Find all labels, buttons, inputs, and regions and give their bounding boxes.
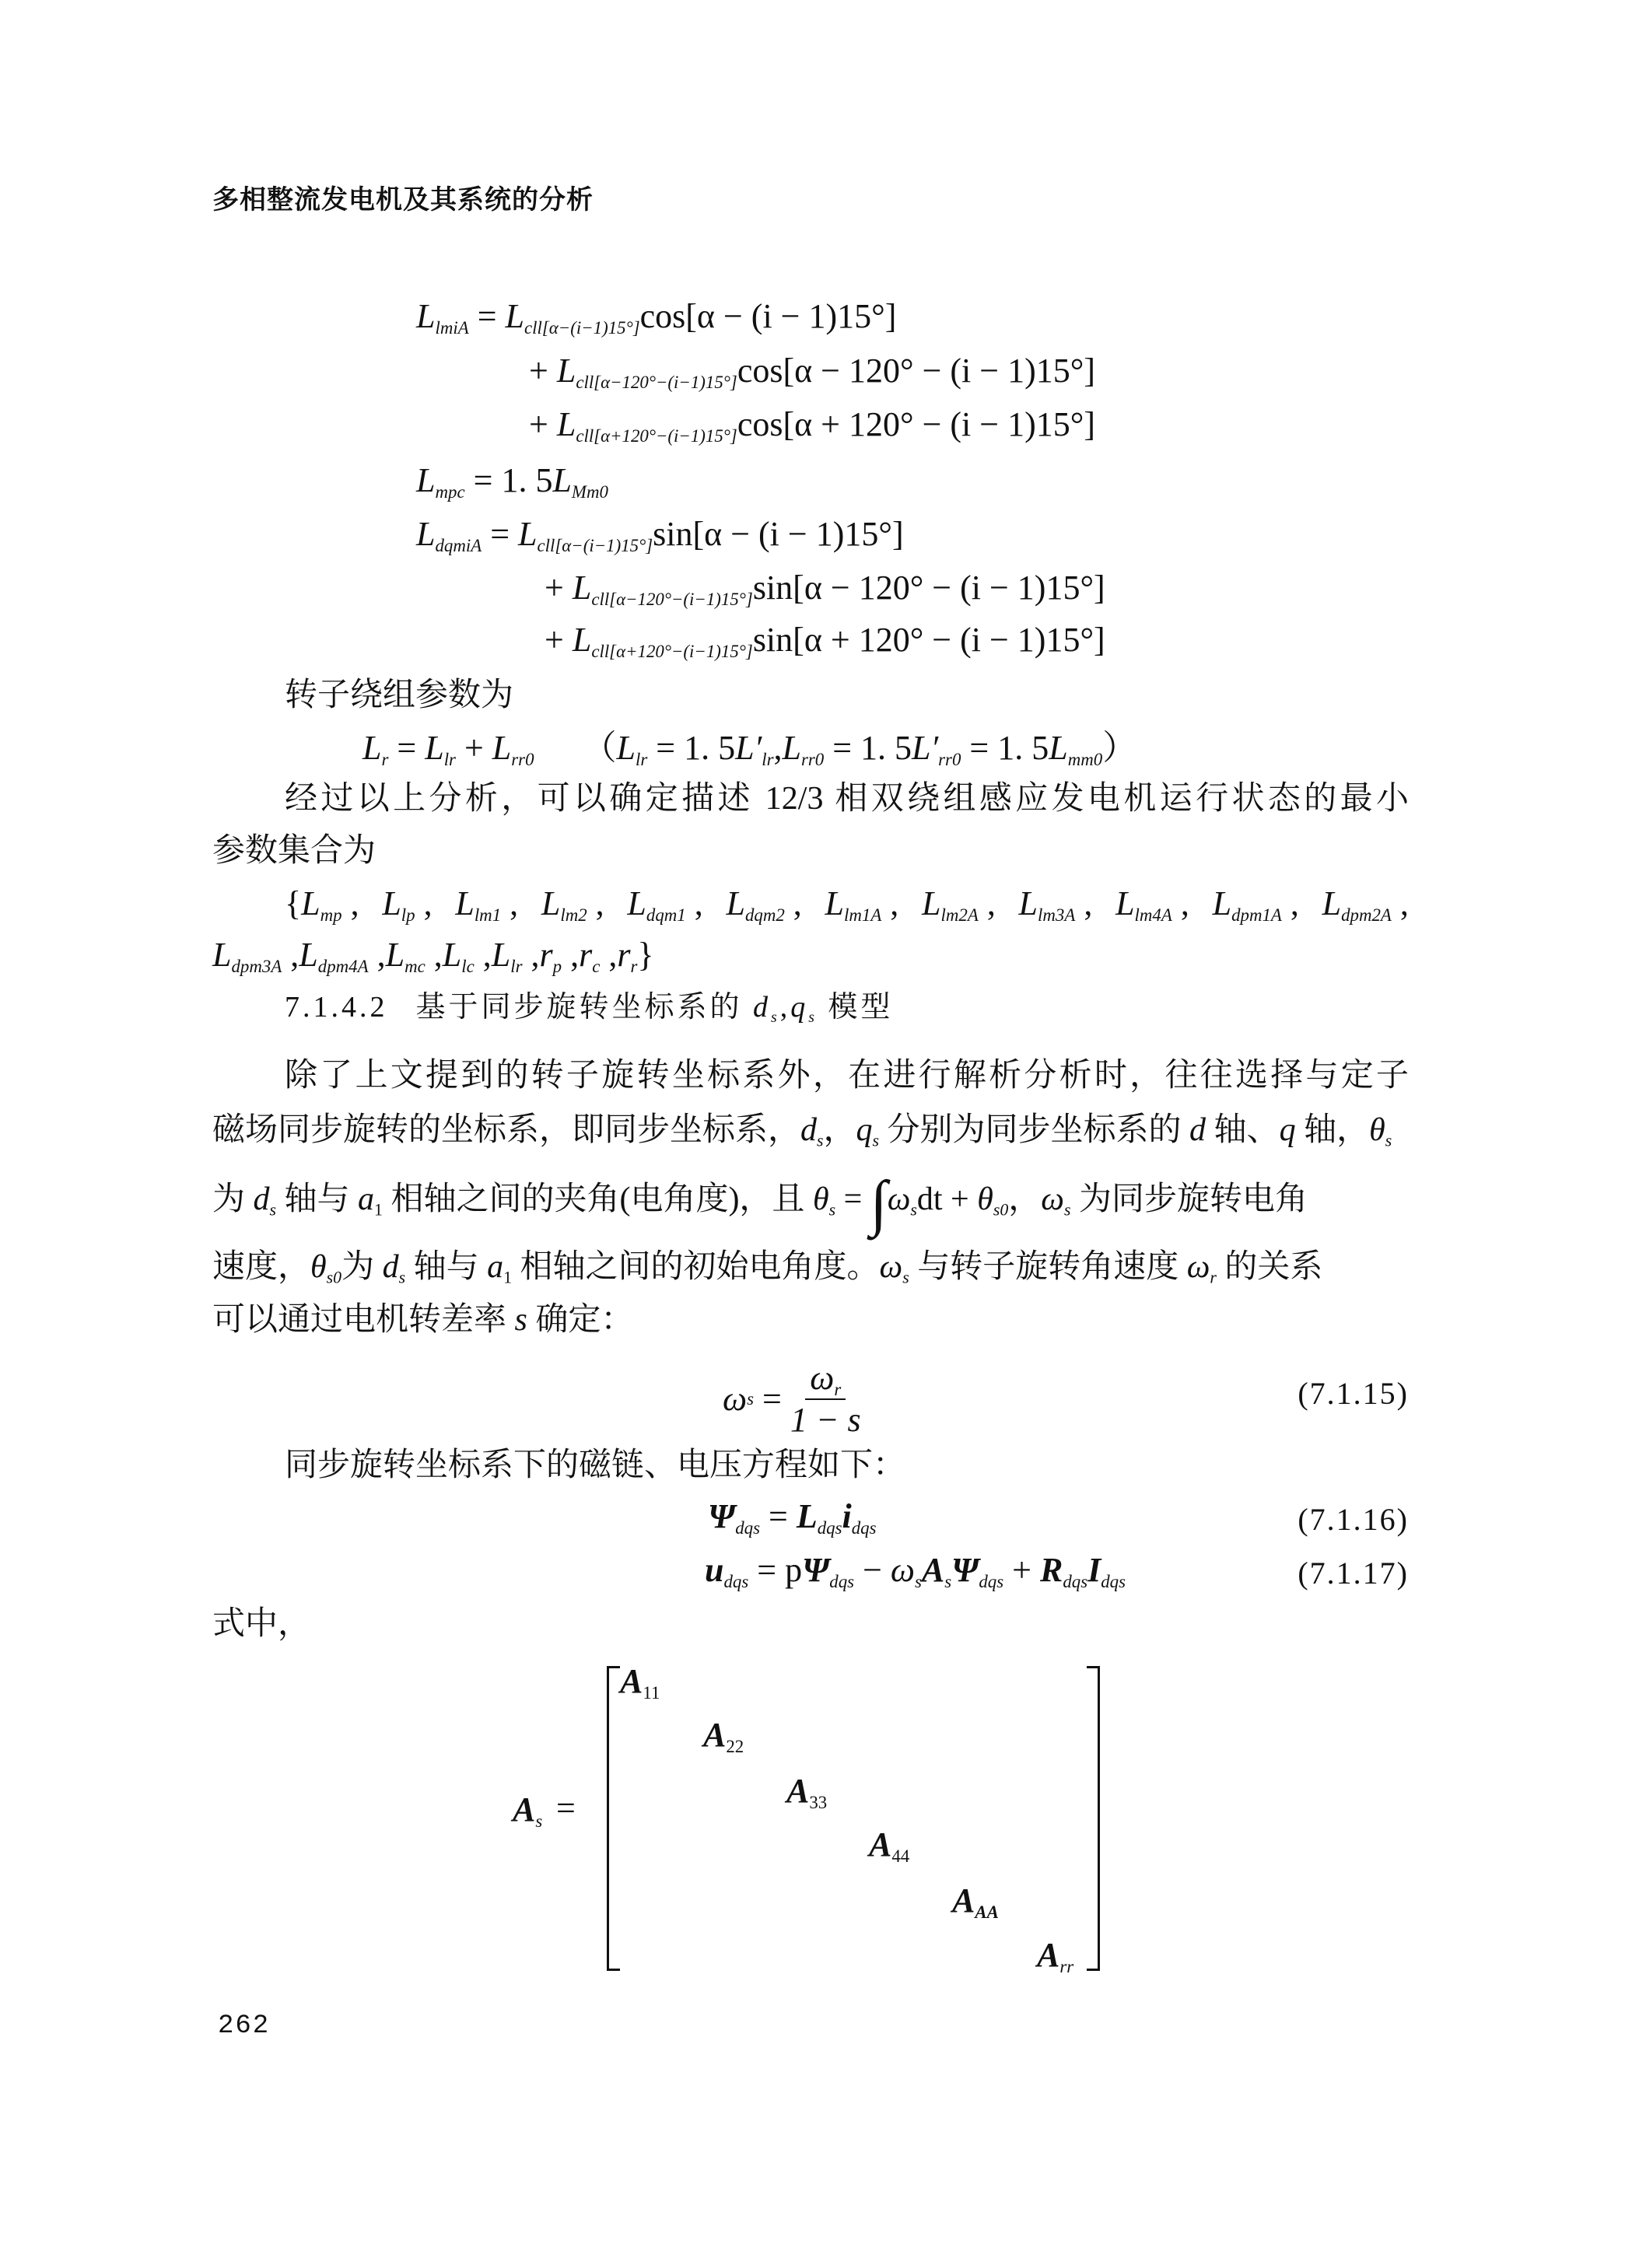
subscript: lmiA (435, 318, 468, 338)
symbol: a (358, 1181, 374, 1217)
text: 可以通过电机转差率 (212, 1302, 515, 1338)
param-set-open: {Lmp , (285, 887, 359, 921)
subscript: dqm2 (745, 905, 785, 925)
comma: , (773, 729, 782, 767)
plus: + (943, 1181, 978, 1217)
symbol: a (487, 1249, 503, 1285)
function: sin (753, 621, 793, 659)
argument: [α − (i − 1)15°] (685, 297, 896, 335)
equals: = 1. 5 (647, 729, 735, 767)
text: 磁场同步旋转的坐标系，即同步坐标系， (212, 1112, 800, 1148)
subscript: dpm1A (1231, 905, 1282, 925)
symbol: L (212, 936, 231, 974)
symbol: L (726, 884, 744, 922)
symbol: A (952, 1881, 975, 1920)
subscript: dpm4A (318, 957, 369, 976)
subscript: rr0 (801, 750, 824, 769)
symbol: L (455, 884, 474, 922)
symbol: L (922, 884, 940, 922)
symbol: Ψ (951, 1551, 979, 1589)
param: Ldqm1 , (627, 887, 702, 921)
equals: = p (748, 1551, 802, 1589)
param: Llm2 , (541, 887, 604, 921)
subscript: s (910, 1201, 917, 1220)
equation-number-7-1-17: (7.1.17) (1298, 1555, 1409, 1591)
symbol: θ (310, 1249, 327, 1285)
rotor-equation: Lr = Llr + Lrr0 （Llr = 1. 5L′lr,Lrr0 = 1… (362, 731, 1136, 765)
function: cos (640, 297, 686, 335)
where-label: 式中， (212, 1608, 310, 1640)
subscript: c (592, 957, 600, 976)
subscript: lc (461, 957, 475, 976)
subscript: cll[α+120°−(i−1)15°] (591, 642, 753, 661)
equation-ldqmia-line2: + Lcll[α−120°−(i−1)15°]sin[α − 120° − (i… (545, 571, 1105, 605)
equation-number-7-1-16: (7.1.16) (1298, 1501, 1409, 1538)
paren: （ (583, 729, 617, 767)
param: Ldpm2A , (1322, 887, 1409, 921)
symbol: L (492, 729, 511, 767)
subscript: 11 (643, 1683, 660, 1703)
text: 速度， (212, 1249, 310, 1285)
para1-line-5: 可以通过电机转差率 s 确定： (212, 1304, 633, 1336)
section-number: 7.1.4.2 (285, 991, 388, 1024)
subscript: s (915, 1572, 922, 1591)
text: 相轴之间的夹角(电角度)，且 (383, 1181, 813, 1217)
text: 轴， (1296, 1112, 1370, 1148)
denominator: 1 − s (790, 1400, 861, 1437)
symbol: L (557, 352, 576, 390)
symbol: θ (813, 1181, 829, 1217)
text: 相轴之间的初始电角度。 (512, 1249, 880, 1285)
symbol: d (1189, 1112, 1206, 1148)
subscript: dqs (818, 1518, 842, 1538)
argument: [α + 120° − (i − 1)15°] (783, 405, 1095, 443)
section-title: 基于同步旋转坐标系的 (416, 991, 754, 1024)
symbol: L (573, 569, 591, 607)
running-header: 多相整流发电机及其系统的分析 (212, 187, 594, 213)
argument: [α − 120° − (i − 1)15°] (783, 352, 1095, 390)
equals: = (465, 461, 502, 499)
text: 的关系 (1217, 1249, 1323, 1285)
text: 轴与 (405, 1249, 487, 1285)
subscript: s (535, 1811, 542, 1831)
equation-ldqmia-line1: LdqmiA = Lcll[α−(i−1)15°]sin[α − (i − 1)… (416, 517, 904, 551)
integral-sign: ∫ (870, 1169, 888, 1237)
subscript: lr (636, 750, 647, 769)
symbol: L (518, 515, 537, 553)
symbol: L (1049, 729, 1067, 767)
matrix-element-arr: Arr (1037, 1935, 1073, 1975)
differential: dt (917, 1181, 943, 1217)
symbol: ω (888, 1181, 911, 1217)
symbol: r (540, 936, 553, 974)
subscript: 22 (726, 1737, 744, 1756)
subscript: s (1385, 1132, 1392, 1150)
equals: = (388, 729, 425, 767)
subscript: dqs (852, 1518, 877, 1538)
subscript: r (834, 1380, 841, 1399)
plus: + (545, 569, 573, 607)
para1-line-2: 磁场同步旋转的坐标系，即同步坐标系，ds，qs 分别为同步坐标系的 d 轴、q … (212, 1114, 1392, 1146)
symbol: L (797, 1497, 818, 1535)
subscript: mm0 (1068, 750, 1102, 769)
text: 为 (212, 1181, 254, 1217)
param: Ldpm1A , (1213, 887, 1299, 921)
subscript: mc (404, 957, 426, 976)
page-number: 262 (218, 2013, 270, 2039)
text: 为同步旋转电角 (1070, 1181, 1308, 1217)
subscript: s (399, 1269, 406, 1287)
equation-7-1-16: Ψdqs = Ldqsidqs (708, 1500, 877, 1534)
matrix-element-a44: A44 (869, 1825, 909, 1864)
symbol: Ψ (708, 1497, 735, 1535)
equation-lmia-line1: LlmiA = Lcll[α−(i−1)15°]cos[α − (i − 1)1… (416, 299, 896, 334)
plus: + (529, 405, 557, 443)
subscript: s (808, 1009, 818, 1026)
symbol: L (825, 884, 844, 922)
subscript: dqs (735, 1518, 760, 1538)
subscript: dpm2A (1341, 905, 1392, 925)
subscript: r (1210, 1269, 1217, 1287)
equation-ldqmia-line3: + Lcll[α+120°−(i−1)15°]sin[α + 120° − (i… (545, 623, 1105, 657)
symbol: d (753, 991, 771, 1024)
subscript: s0 (327, 1269, 341, 1287)
text: 确定： (527, 1302, 634, 1338)
symbol: L (386, 936, 404, 974)
equals: = 1. 5 (961, 729, 1049, 767)
symbol: q (790, 991, 808, 1024)
section-heading: 7.1.4.2基于同步旋转坐标系的 ds,qs 模型 (285, 992, 893, 1022)
symbol: i (842, 1497, 851, 1535)
argument: [α + 120° − (i − 1)15°] (793, 621, 1105, 659)
subscript: cll[α−(i−1)15°] (538, 536, 653, 555)
symbol: ω (880, 1249, 903, 1285)
matrix-element-a22: A22 (703, 1715, 744, 1755)
equals: = (835, 1181, 870, 1217)
matrix-element-aaa: AAA (952, 1881, 999, 1920)
text: 与转子旋转角速度 (909, 1249, 1187, 1285)
param: Llm1 , (455, 887, 518, 921)
symbol: ω (1187, 1249, 1210, 1285)
symbol: L (362, 729, 381, 767)
subscript: s (902, 1269, 909, 1287)
comma: , (780, 991, 791, 1024)
subscript: 44 (891, 1846, 909, 1866)
subscript: dqs (979, 1572, 1003, 1591)
symbol: θ (1369, 1112, 1385, 1148)
equation-lmpc: Lmpc = 1. 5LMm0 (416, 464, 608, 498)
symbol: R (1040, 1551, 1063, 1589)
symbol: L (416, 297, 435, 335)
subscript: dqmiA (435, 536, 482, 555)
coefficient: 1. 5 (501, 461, 552, 499)
equals: = (754, 1382, 790, 1416)
text: 为 (341, 1249, 383, 1285)
symbol: L (301, 884, 320, 922)
numerator: ωr (805, 1361, 846, 1400)
subscript: lm2A (941, 905, 979, 925)
equation-7-1-17: udqs = pΨdqs − ωsAsΨdqs + RdqsIdqs (705, 1553, 1126, 1587)
symbol: L (782, 729, 800, 767)
symbol: d (800, 1112, 817, 1148)
param: Llm1A , (825, 887, 899, 921)
subscript: lp (401, 905, 415, 925)
equation-lmia-line3: + Lcll[α+120°−(i−1)15°]cos[α + 120° − (i… (529, 408, 1095, 442)
symbol: ω (891, 1551, 915, 1589)
document-page: 多相整流发电机及其系统的分析 LlmiA = Lcll[α−(i−1)15°]c… (0, 0, 1625, 2268)
equals: = 1. 5 (824, 729, 912, 767)
plus: + (1003, 1551, 1040, 1589)
subscript: lm1A (844, 905, 881, 925)
symbol: s (515, 1302, 527, 1338)
symbol: Ψ (802, 1551, 829, 1589)
symbol: L (1115, 884, 1134, 922)
plus: + (529, 352, 557, 390)
subscript: dqs (829, 1572, 854, 1591)
function: cos (737, 352, 783, 390)
symbol: A (703, 1716, 726, 1754)
equals: = (469, 297, 506, 335)
function: sin (653, 515, 692, 553)
symbol: L (492, 936, 510, 974)
symbol: L (557, 405, 576, 443)
brace: } (637, 936, 653, 974)
symbol: L (627, 884, 646, 922)
matrix-element-a33: A33 (786, 1771, 827, 1811)
text: 轴、 (1206, 1112, 1280, 1148)
symbol: A (786, 1772, 809, 1810)
flux-intro: 同步旋转坐标系下的磁链、电压方程如下： (285, 1449, 905, 1482)
subscript: lm1 (475, 905, 501, 925)
param: Llp , (382, 887, 432, 921)
param: Ldqm2 , (726, 887, 801, 921)
param-set-line-2: Ldpm3A ,Ldpm4A ,Lmc ,Llc ,Llr ,rp ,rc ,r… (212, 938, 654, 972)
equals: = (482, 515, 518, 553)
subscript: 33 (809, 1793, 827, 1812)
symbol: d (383, 1249, 399, 1285)
symbol: L (425, 729, 443, 767)
function: sin (753, 569, 793, 607)
subscript: lr (510, 957, 522, 976)
param: Llm3A , (1019, 887, 1093, 921)
subscript: s (771, 1009, 780, 1026)
equation-7-1-15: ωs = ωr 1 − s (723, 1361, 861, 1437)
symbol: L (541, 884, 560, 922)
brace: { (285, 884, 301, 922)
symbol: L (1322, 884, 1341, 922)
symbol: L (443, 936, 461, 974)
equation-lmia-line2: + Lcll[α−120°−(i−1)15°]cos[α − 120° − (i… (529, 354, 1095, 388)
matrix-element-a11: A11 (620, 1661, 660, 1701)
subscript: dqs (1063, 1572, 1087, 1591)
matrix-right-bracket (1087, 1666, 1100, 1971)
section-title-tail: 模型 (818, 991, 894, 1024)
rotor-intro: 转子绕组参数为 (285, 679, 513, 712)
symbol: q (856, 1112, 873, 1148)
argument: [α − 120° − (i − 1)15°] (793, 569, 1105, 607)
symbol: u (705, 1551, 723, 1589)
param: Llm2A , (922, 887, 996, 921)
fraction: ωr 1 − s (790, 1361, 861, 1437)
subscript: mpc (435, 482, 464, 502)
symbol: L (1213, 884, 1231, 922)
symbol: ω (723, 1382, 747, 1416)
subscript: s (873, 1132, 880, 1150)
subscript: dqm1 (646, 905, 686, 925)
subscript: dqs (723, 1572, 748, 1591)
plus: + (456, 729, 492, 767)
symbol: L (299, 936, 317, 974)
param: Llm4A , (1115, 887, 1189, 921)
symbol: L′ (912, 729, 938, 767)
subscript: s (944, 1572, 951, 1591)
text: 分别为同步坐标系的 (879, 1112, 1189, 1148)
equation-number-7-1-15: (7.1.15) (1298, 1375, 1409, 1412)
symbol: A (922, 1551, 944, 1589)
subscript: lr (444, 750, 456, 769)
subscript: cll[α−120°−(i−1)15°] (576, 373, 737, 392)
symbol: L (382, 884, 401, 922)
equals: = (760, 1497, 797, 1535)
para1-line-1: 除了上文提到的转子旋转坐标系外，在进行解析分析时，往往选择与定子 (285, 1059, 1409, 1092)
symbol: L′ (735, 729, 762, 767)
subscript: s (817, 1132, 824, 1150)
subscript: rr0 (938, 750, 961, 769)
symbol: r (617, 936, 630, 974)
symbol: ω (810, 1359, 834, 1397)
symbol: A (620, 1662, 643, 1700)
subscript: lm4A (1135, 905, 1172, 925)
analysis-line-1: 经过以上分析，可以确定描述 12/3 相双绕组感应发电机运行状态的最小 (285, 782, 1409, 815)
minus: − (854, 1551, 891, 1589)
subscript: lr (762, 750, 773, 769)
symbol: I (1087, 1551, 1101, 1589)
comma: ， (824, 1112, 856, 1148)
symbol: L (506, 297, 524, 335)
symbol: ω (1041, 1181, 1064, 1217)
symbol: A (513, 1790, 535, 1829)
function: cos (737, 405, 783, 443)
symbol: L (416, 515, 435, 553)
subscript: rr (1059, 1957, 1073, 1976)
subscript: cll[α+120°−(i−1)15°] (576, 426, 737, 446)
para1-line-4: 速度，θs0为 ds 轴与 a1 相轴之间的初始电角度。ωs 与转子旋转角速度 … (212, 1251, 1322, 1283)
matrix-left-bracket (607, 1666, 620, 1971)
symbol: A (1037, 1936, 1059, 1974)
symbol: L (416, 461, 435, 499)
text: 轴与 (276, 1181, 358, 1217)
symbol: d (254, 1181, 270, 1217)
param-set-line-1: {Lmp , Llp , Llm1 , Llm2 , Ldqm1 , Ldqm2… (285, 887, 1409, 921)
subscript: lm2 (560, 905, 587, 925)
symbol: L (617, 729, 636, 767)
subscript: p (553, 957, 562, 976)
symbol: q (1280, 1112, 1296, 1148)
subscript: s (829, 1201, 836, 1220)
analysis-line-2: 参数集合为 (212, 835, 376, 867)
symbol: θ (977, 1181, 993, 1217)
matrix-lhs: As (513, 1793, 542, 1827)
subscript: 1 (374, 1201, 383, 1220)
subscript: s0 (993, 1201, 1008, 1220)
subscript: cll[α−(i−1)15°] (524, 318, 640, 338)
argument: [α − (i − 1)15°] (693, 515, 904, 553)
subscript: s (270, 1201, 277, 1220)
subscript: rr0 (511, 750, 534, 769)
symbol: L (573, 621, 591, 659)
comma: ， (1008, 1181, 1041, 1217)
plus: + (545, 621, 573, 659)
subscript: lm3A (1038, 905, 1075, 925)
subscript: mp (320, 905, 342, 925)
symbol: L (1019, 884, 1038, 922)
para1-line-3: 为 ds 轴与 a1 相轴之间的夹角(电角度)，且 θs = ∫ωsdt + θ… (212, 1183, 1308, 1216)
symbol: A (869, 1825, 891, 1864)
subscript: Mm0 (572, 482, 608, 502)
symbol: r (579, 936, 592, 974)
paren: ） (1102, 729, 1136, 767)
subscript: AA (975, 1902, 999, 1922)
subscript: 1 (503, 1269, 512, 1287)
subscript: cll[α−120°−(i−1)15°] (591, 590, 753, 609)
symbol: L (552, 461, 571, 499)
matrix-equals: = (556, 1791, 576, 1825)
subscript: dpm3A (231, 957, 282, 976)
subscript: dqs (1101, 1572, 1126, 1591)
